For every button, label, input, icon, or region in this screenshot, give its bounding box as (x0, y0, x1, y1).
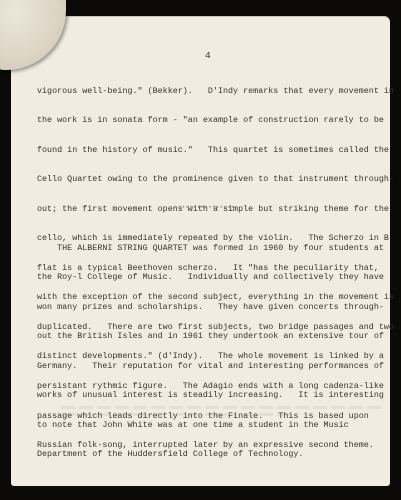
text-line: works of unusual interest is steadily in… (37, 391, 384, 401)
reverse-side-bleed-through (61, 406, 381, 422)
text-line: THE ALBERNI STRING QUARTET was formed in… (37, 244, 384, 254)
text-line: Cello Quartet owing to the prominence gi… (37, 175, 394, 185)
paragraph-alberni-quartet: THE ALBERNI STRING QUARTET was formed in… (37, 224, 384, 480)
text-line: out the British Isles and in 1961 they u… (37, 332, 384, 342)
typewritten-page: 4 vigorous well-being." (Bekker). D'Indy… (11, 16, 390, 486)
text-line: the work is in sonata form - "an example… (37, 116, 394, 126)
text-line: vigorous well-being." (Bekker). D'Indy r… (37, 87, 394, 97)
text-line: the Roy-l College of Music. Individually… (37, 273, 384, 283)
page-number: 4 (205, 50, 211, 61)
text-line: found in the history of music." This qua… (37, 146, 394, 156)
scanned-page-photo: 4 vigorous well-being." (Bekker). D'Indy… (0, 0, 401, 500)
text-line: to note that John White was at one time … (37, 421, 384, 431)
text-line: Germany. Their reputation for vital and … (37, 362, 384, 372)
text-line: Department of the Huddersfield College o… (37, 450, 384, 460)
text-line: won many prizes and scholarships. They h… (37, 303, 384, 313)
asterisk-separator: **************** (174, 205, 235, 212)
